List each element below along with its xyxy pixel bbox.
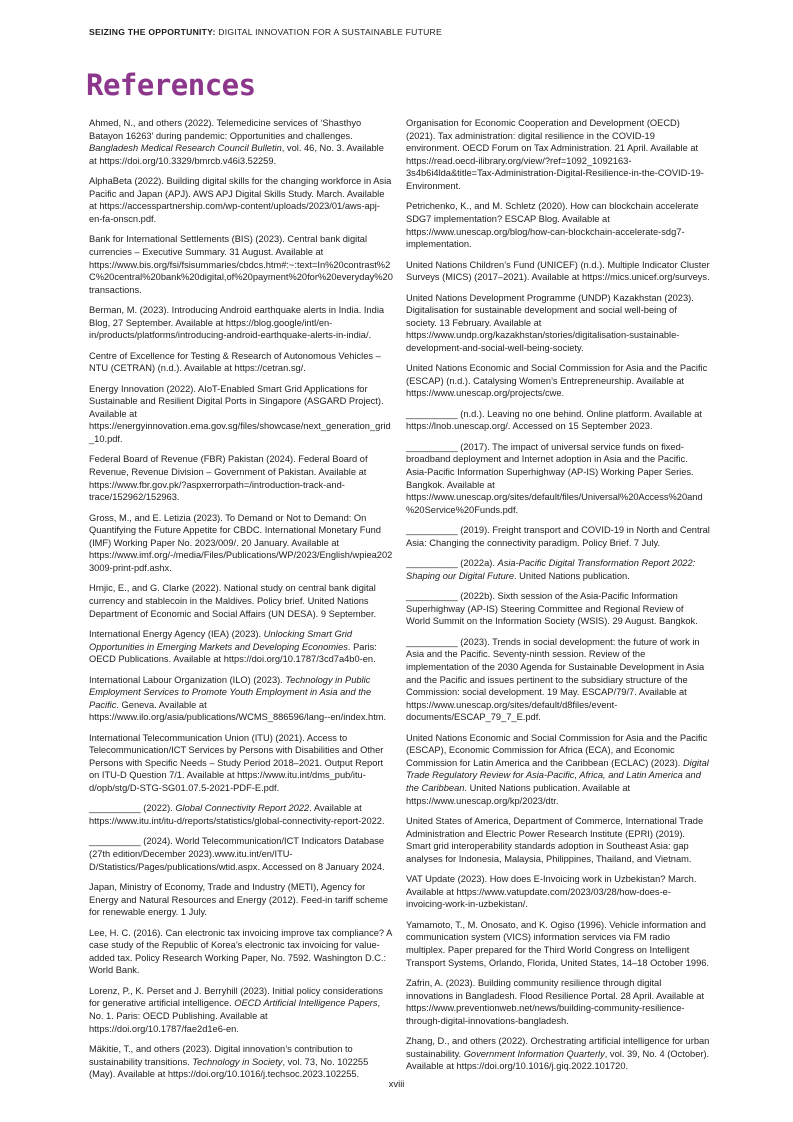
references-columns: Ahmed, N., and others (2022). Telemedici… [89, 117, 710, 1081]
reference-entry: Berman, M. (2023). Introducing Android e… [89, 304, 393, 342]
reference-entry: Zafrin, A. (2023). Building community re… [406, 977, 710, 1027]
reference-entry: __________ (2019). Freight transport and… [406, 524, 710, 549]
reference-entry: United Nations Children’s Fund (UNICEF) … [406, 259, 710, 284]
reference-entry: International Energy Agency (IEA) (2023)… [89, 628, 393, 666]
reference-entry: Bank for International Settlements (BIS)… [89, 233, 393, 296]
reference-entry: Lee, H. C. (2016). Can electronic tax in… [89, 927, 393, 977]
references-column-left: Ahmed, N., and others (2022). Telemedici… [89, 117, 393, 1081]
reference-entry: International Labour Organization (ILO) … [89, 674, 393, 724]
running-header-subtitle: DIGITAL INNOVATION FOR A SUSTAINABLE FUT… [216, 27, 442, 37]
reference-entry: United Nations Economic and Social Commi… [406, 732, 710, 808]
reference-entry: __________ (2024). World Telecommunicati… [89, 835, 393, 873]
reference-entry: Mäkitie, T., and others (2023). Digital … [89, 1043, 393, 1081]
running-header-title: SEIZING THE OPPORTUNITY: [89, 27, 216, 37]
reference-entry: Zhang, D., and others (2022). Orchestrat… [406, 1035, 710, 1073]
reference-entry: __________ (n.d.). Leaving no one behind… [406, 408, 710, 433]
page-title: References [86, 68, 256, 102]
reference-entry: United Nations Development Programme (UN… [406, 292, 710, 355]
reference-entry: Hrnjic, E., and G. Clarke (2022). Nation… [89, 582, 393, 620]
reference-entry: Ahmed, N., and others (2022). Telemedici… [89, 117, 393, 167]
running-header: SEIZING THE OPPORTUNITY: DIGITAL INNOVAT… [89, 27, 442, 37]
reference-entry: __________ (2022a). Asia-Pacific Digital… [406, 557, 710, 582]
reference-entry: VAT Update (2023). How does E-Invoicing … [406, 873, 710, 911]
reference-entry: Organisation for Economic Cooperation an… [406, 117, 710, 193]
reference-entry: Energy Innovation (2022). AIoT-Enabled S… [89, 383, 393, 446]
reference-entry: __________ (2022b). Sixth session of the… [406, 590, 710, 628]
reference-entry: Lorenz, P., K. Perset and J. Berryhill (… [89, 985, 393, 1035]
reference-entry: __________ (2017). The impact of univers… [406, 441, 710, 517]
reference-entry: United Nations Economic and Social Commi… [406, 362, 710, 400]
reference-entry: __________ (2023). Trends in social deve… [406, 636, 710, 724]
document-page: SEIZING THE OPPORTUNITY: DIGITAL INNOVAT… [0, 0, 793, 1122]
reference-entry: Japan, Ministry of Economy, Trade and In… [89, 881, 393, 919]
reference-entry: __________ (2022). Global Connectivity R… [89, 802, 393, 827]
reference-entry: Centre of Excellence for Testing & Resea… [89, 350, 393, 375]
reference-entry: Federal Board of Revenue (FBR) Pakistan … [89, 453, 393, 503]
reference-entry: Petrichenko, K., and M. Schletz (2020). … [406, 200, 710, 250]
reference-entry: International Telecommunication Union (I… [89, 732, 393, 795]
reference-entry: Yamamoto, T., M. Onosato, and K. Ogiso (… [406, 919, 710, 969]
reference-entry: Gross, M., and E. Letizia (2023). To Dem… [89, 512, 393, 575]
reference-entry: AlphaBeta (2022). Building digital skill… [89, 175, 393, 225]
references-column-right: Organisation for Economic Cooperation an… [406, 117, 710, 1081]
page-number: xviii [0, 1079, 793, 1090]
reference-entry: United States of America, Department of … [406, 815, 710, 865]
